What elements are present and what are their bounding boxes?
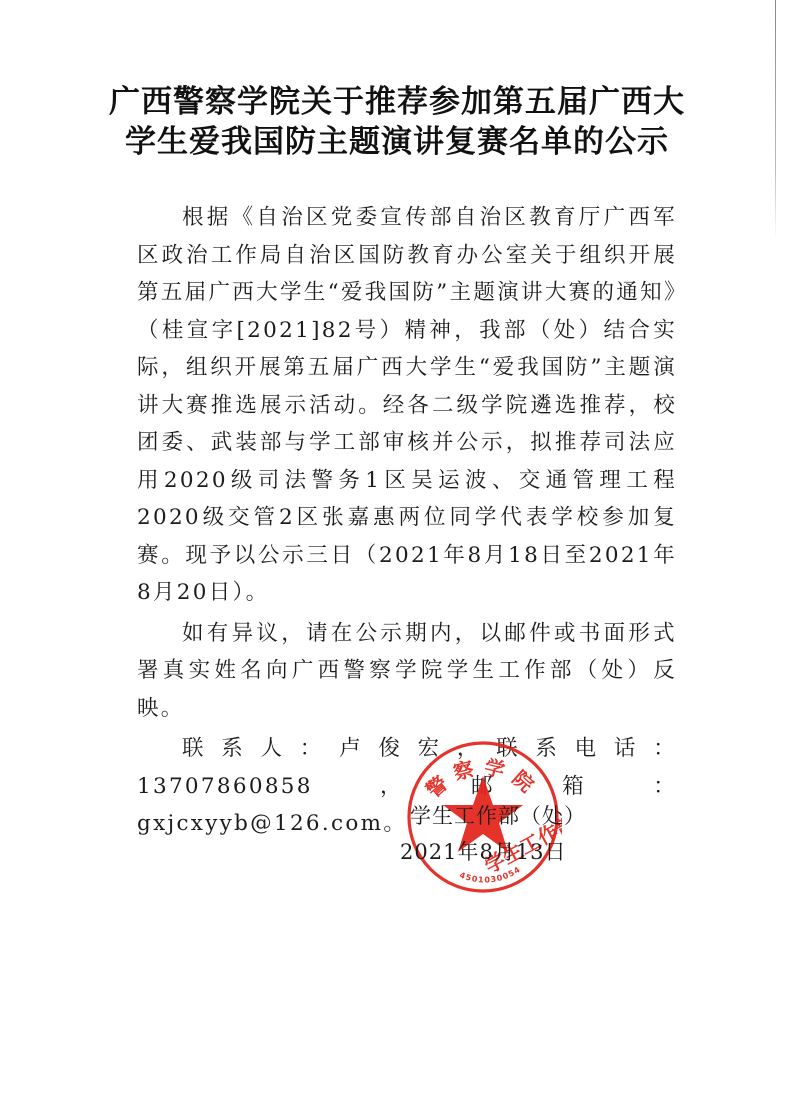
signature-date: 2021年8月13日 [400, 834, 586, 870]
paragraph-main: 根据《自治区党委宣传部自治区教育厅广西军区政治工作局自治区国防教育办公室关于组织… [137, 199, 677, 612]
paragraph-objection: 如有异议，请在公示期内，以邮件或书面形式署真实姓名向广西警察学院学生工作部（处）… [137, 615, 677, 728]
signature-department: 学生工作部（处） [400, 798, 586, 834]
document-title: 广西警察学院关于推荐参加第五届广西大 学生爱我国防主题演讲复赛名单的公示 [0, 82, 794, 162]
title-line-2: 学生爱我国防主题演讲复赛名单的公示 [0, 122, 794, 162]
signature-block: 学生工作部（处） 2021年8月13日 [400, 798, 586, 870]
title-line-1: 广西警察学院关于推荐参加第五届广西大 [0, 82, 794, 122]
document-body: 根据《自治区党委宣传部自治区教育厅广西军区政治工作局自治区国防教育办公室关于组织… [137, 199, 677, 843]
